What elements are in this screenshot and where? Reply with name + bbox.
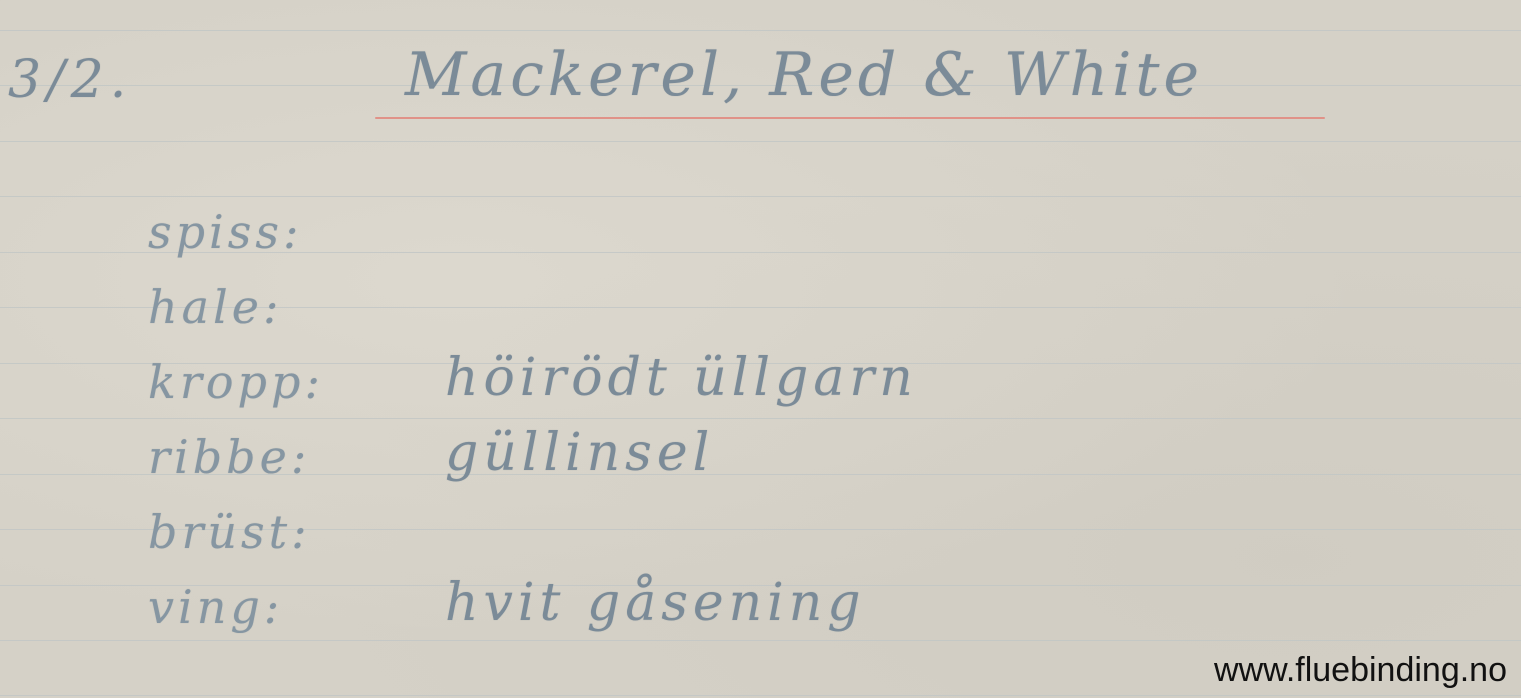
field-label: hale: <box>148 280 282 334</box>
field-label: ving: <box>148 580 283 634</box>
field-value: höirödt üllgarn <box>445 348 918 408</box>
ruled-line <box>0 196 1521 197</box>
field-label: brüst: <box>148 505 311 559</box>
watermark: www.fluebinding.no <box>1214 651 1507 690</box>
notebook-page: 3/2. Mackerel, Red & White spiss: hale: … <box>0 0 1521 698</box>
page-title: Mackerel, Red & White <box>405 40 1203 110</box>
field-label: spiss: <box>148 205 302 259</box>
entry-number: 3/2. <box>8 50 132 110</box>
ruled-line <box>0 695 1521 696</box>
ruled-line <box>0 30 1521 31</box>
field-value: güllinsel <box>445 423 714 483</box>
field-value: hvit gåsening <box>445 573 866 633</box>
ruled-line <box>0 141 1521 142</box>
ruled-line <box>0 640 1521 641</box>
title-underline <box>375 117 1325 119</box>
ruled-line <box>0 418 1521 419</box>
field-label: ribbe: <box>148 430 310 484</box>
field-label: kropp: <box>148 355 324 409</box>
